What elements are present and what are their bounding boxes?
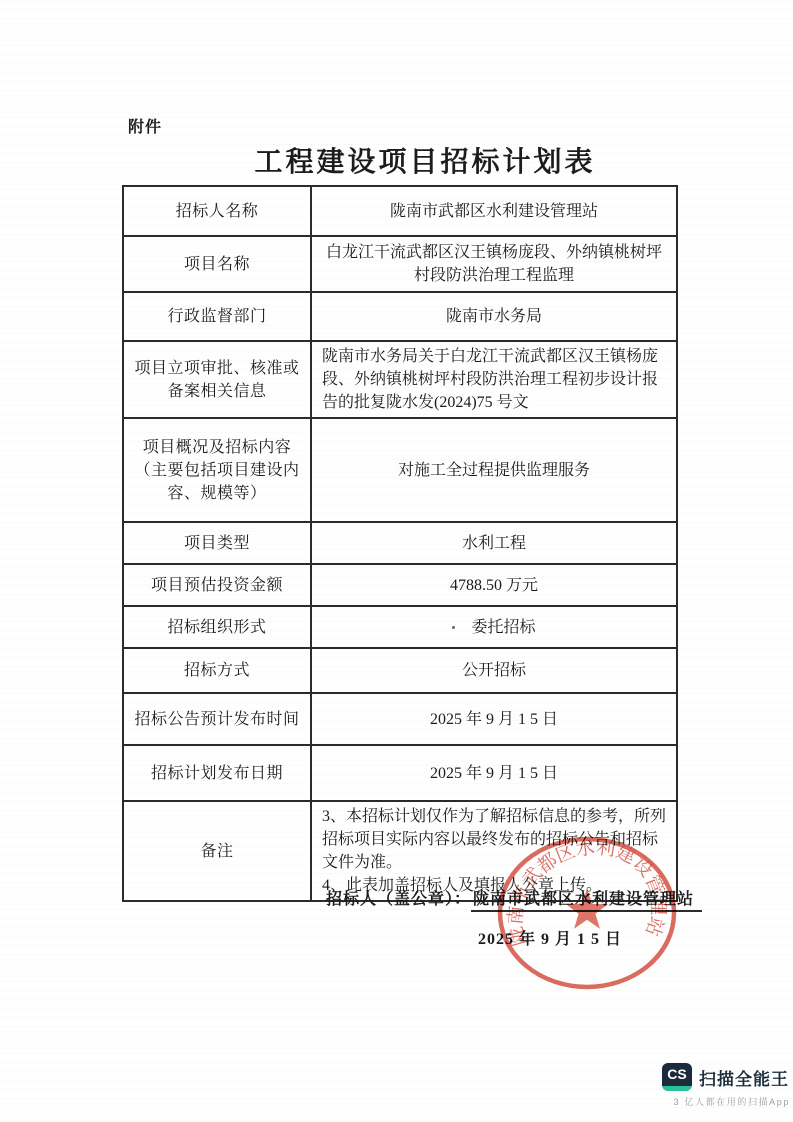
row-value: 4788.50 万元 [311, 564, 677, 606]
table-row-estimated-investment: 项目预估投资金额 4788.50 万元 [123, 564, 677, 606]
table-row-project-overview: 项目概况及招标内容（主要包括项目建设内容、规模等） 对施工全过程提供监理服务 [123, 418, 677, 522]
camscanner-logo-row: CS 扫描全能王 [662, 1063, 790, 1091]
table-row-approval-info: 项目立项审批、核准或备案相关信息 陇南市水务局关于白龙江干流武都区汉王镇杨庞段、… [123, 341, 677, 418]
camscanner-icon-letters: CS [667, 1063, 686, 1085]
row-label: 招标公告预计发布时间 [123, 693, 311, 745]
scanned-document-page: 附件 工程建设项目招标计划表 招标人名称 陇南市武都区水利建设管理站 项目名称 … [0, 0, 793, 1122]
camscanner-app-icon: CS [662, 1063, 692, 1091]
table-row-project-type: 项目类型 水利工程 [123, 522, 677, 564]
row-label: 项目名称 [123, 236, 311, 292]
camscanner-brand-name: 扫描全能王 [699, 1065, 789, 1090]
row-value: 2025 年 9 月 1 5 日 [311, 693, 677, 745]
row-label: 招标人名称 [123, 186, 311, 236]
row-value: 委托招标 [311, 606, 677, 648]
table-row-organization-form: 招标组织形式 委托招标 [123, 606, 677, 648]
row-label: 项目立项审批、核准或备案相关信息 [123, 341, 311, 418]
row-label: 行政监督部门 [123, 292, 311, 341]
signature-label: 招标人（盖公章）： [326, 891, 471, 908]
row-value: 公开招标 [311, 648, 677, 693]
table-row-project-name: 项目名称 白龙江干流武都区汉王镇杨庞段、外纳镇桃树坪村段防洪治理工程监理 [123, 236, 677, 292]
camscanner-watermark: CS 扫描全能王 3 亿人都在用的扫描App [662, 1063, 790, 1108]
row-label: 项目预估投资金额 [123, 564, 311, 606]
page-title: 工程建设项目招标计划表 [150, 140, 700, 180]
row-value-text: 委托招标 [471, 619, 535, 636]
table-row-bidder-name: 招标人名称 陇南市武都区水利建设管理站 [123, 186, 677, 236]
row-value: 陇南市武都区水利建设管理站 [311, 186, 677, 236]
table-row-plan-publish-date: 招标计划发布日期 2025 年 9 月 1 5 日 [123, 745, 677, 801]
row-label: 招标计划发布日期 [123, 745, 311, 801]
official-seal-stamp: 陇南市武都区水利建设管理站 [489, 832, 685, 994]
row-value: 白龙江干流武都区汉王镇杨庞段、外纳镇桃树坪村段防洪治理工程监理 [311, 236, 677, 292]
row-value: 水利工程 [311, 522, 677, 564]
row-label: 项目类型 [123, 522, 311, 564]
camscanner-tagline: 3 亿人都在用的扫描App [662, 1095, 790, 1108]
row-value: 2025 年 9 月 1 5 日 [311, 745, 677, 801]
bidding-plan-table: 招标人名称 陇南市武都区水利建设管理站 项目名称 白龙江干流武都区汉王镇杨庞段、… [122, 185, 678, 902]
row-value: 陇南市水务局 [311, 292, 677, 341]
table-row-bidding-method: 招标方式 公开招标 [123, 648, 677, 693]
row-label: 备注 [123, 801, 311, 901]
row-label: 项目概况及招标内容（主要包括项目建设内容、规模等） [123, 418, 311, 522]
row-value: 陇南市水务局关于白龙江干流武都区汉王镇杨庞段、外纳镇桃树坪村段防洪治理工程初步设… [311, 341, 677, 418]
seal-star-icon [566, 889, 608, 929]
table-row-supervising-department: 行政监督部门 陇南市水务局 [123, 292, 677, 341]
row-value: 对施工全过程提供监理服务 [311, 418, 677, 522]
row-label: 招标组织形式 [123, 606, 311, 648]
scan-speckle [452, 626, 455, 629]
row-label: 招标方式 [123, 648, 311, 693]
attachment-label: 附件 [128, 114, 162, 137]
table-row-announcement-date: 招标公告预计发布时间 2025 年 9 月 1 5 日 [123, 693, 677, 745]
